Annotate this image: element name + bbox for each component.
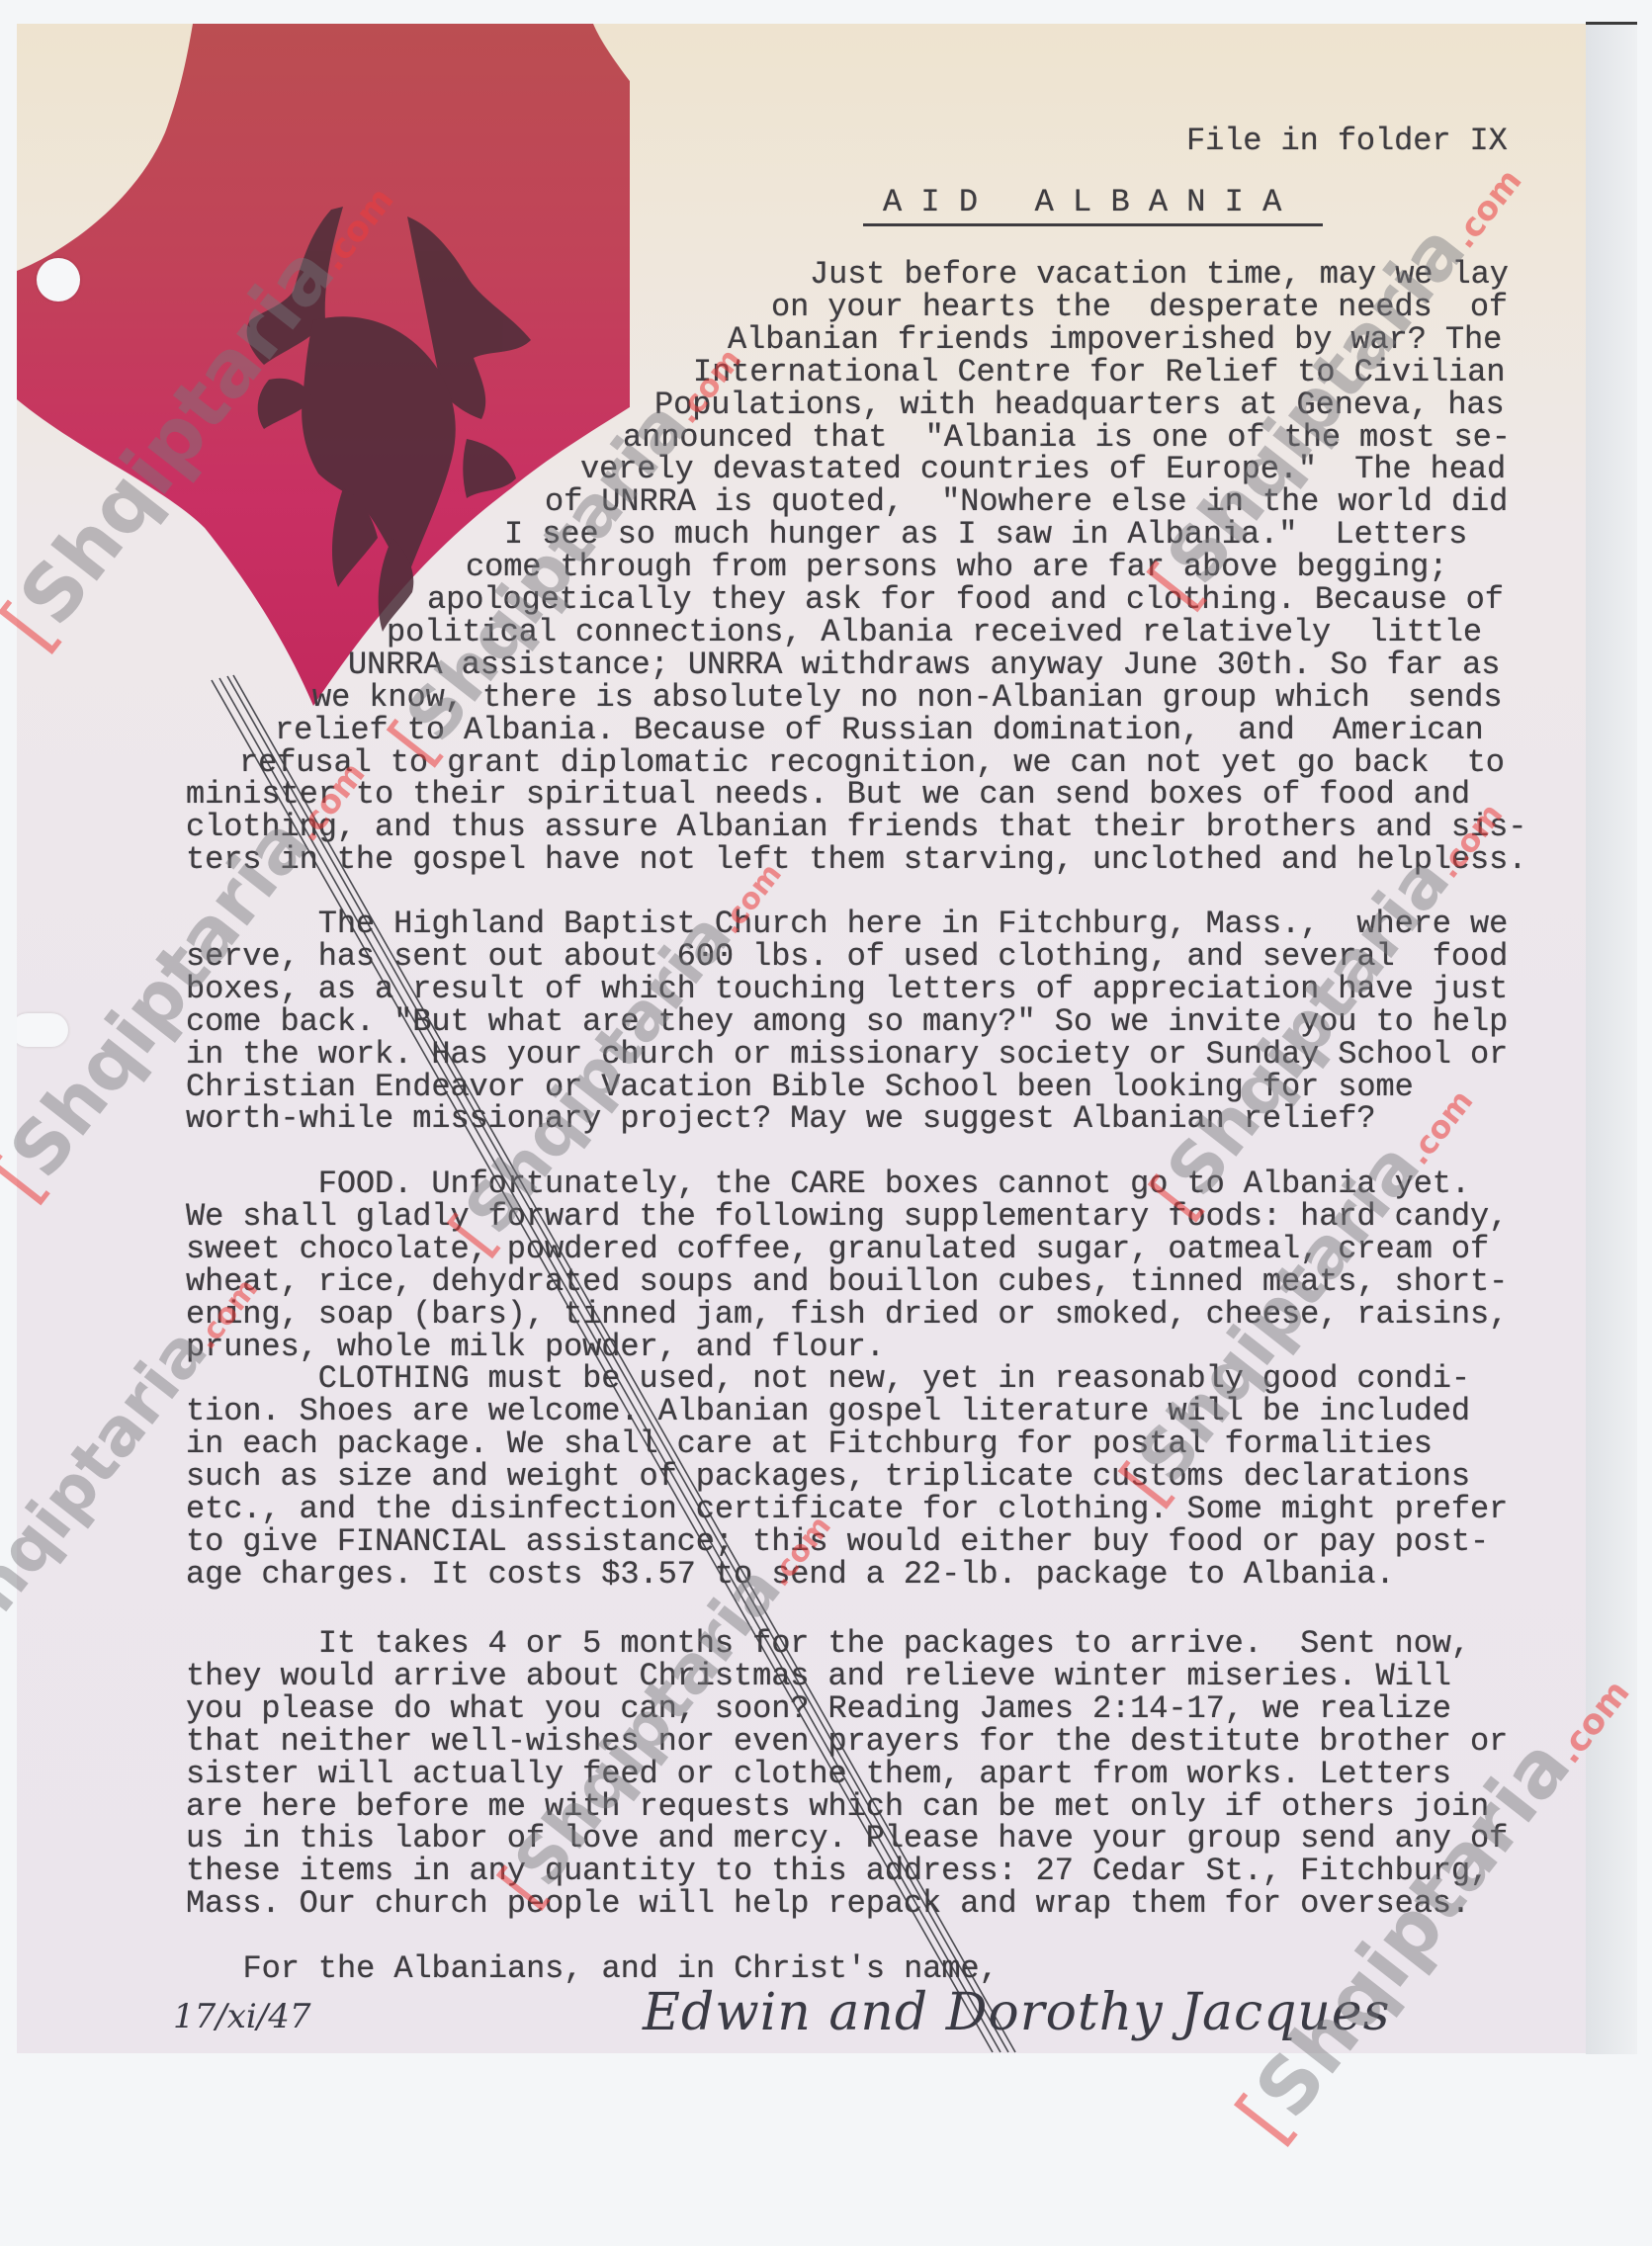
letter-line: announced that "Albania is one of the mo…: [623, 422, 1511, 454]
closing-line: For the Albanians, and in Christ's name,: [148, 1953, 999, 1985]
letter-line: come through from persons who are far ab…: [466, 552, 1447, 583]
letter-line: etc., and the disinfection certificate f…: [186, 1494, 1508, 1525]
letter-line: apologetically they ask for food and clo…: [427, 584, 1504, 616]
letter-line: We shall gladly forward the following su…: [186, 1201, 1508, 1233]
letter-line: Mass. Our church people will help repack…: [186, 1888, 1470, 1920]
letter-line: UNRRA assistance; UNRRA withdraws anyway…: [348, 649, 1500, 681]
letter-line: us in this labor of love and mercy. Plea…: [186, 1823, 1508, 1855]
letter-line: serve, has sent out about 600 lbs. of us…: [186, 941, 1508, 973]
letter-line: FOOD. Unfortunately, the CARE boxes cann…: [186, 1168, 1470, 1200]
letter-line: ters in the gospel have not left them st…: [186, 844, 1526, 876]
watermark-bracket: [: [1221, 2079, 1310, 2157]
letter-line: come back. "But what are they among so m…: [186, 1006, 1508, 1038]
letter-line: CLOTHING must be used, not new, yet in r…: [186, 1363, 1470, 1395]
letter-line: ening, soap (bars), tinned jam, fish dri…: [186, 1299, 1508, 1331]
letter-line: sweet chocolate, powdered coffee, granul…: [186, 1234, 1489, 1265]
letter-line: such as size and weight of packages, tri…: [186, 1461, 1470, 1493]
letter-line: they would arrive about Christmas and re…: [186, 1661, 1451, 1692]
letter-line: International Centre for Relief to Civil…: [693, 357, 1505, 389]
letter-line: that neither well-wishes nor even prayer…: [186, 1726, 1508, 1758]
letter-line: Populations, with headquarters at Geneva…: [654, 389, 1505, 421]
letter-line: in each package. We shall care at Fitchb…: [186, 1428, 1433, 1460]
letter-line: minister to their spiritual needs. But w…: [186, 779, 1470, 811]
letter-line: verely devastated countries of Europe." …: [580, 454, 1506, 485]
letter-line: Albanian friends impoverished by war? Th…: [728, 324, 1502, 356]
letter-line: in the work. Has your church or missiona…: [186, 1039, 1508, 1071]
letter-line: of UNRRA is quoted, "Nowhere else in the…: [545, 486, 1508, 518]
letter-line: The Highland Baptist Church here in Fitc…: [186, 908, 1508, 940]
letter-line: Christian Endeavor or Vacation Bible Sch…: [186, 1072, 1414, 1103]
letter-line: we know, there is absolutely no non-Alba…: [312, 682, 1503, 714]
letter-line: Just before vacation time, may we lay: [810, 259, 1509, 291]
letter-line: wheat, rice, dehydrated soups and bouill…: [186, 1266, 1508, 1298]
handwritten-date: 17/xi/47: [173, 1997, 311, 2036]
letter-line: boxes, as a result of which touching let…: [186, 974, 1508, 1005]
letter-title: A I D A L B A N I A: [883, 187, 1281, 218]
scanner-edge: [1586, 22, 1637, 2054]
letter-line: prunes, whole milk powder, and flour.: [186, 1332, 885, 1363]
letter-line: worth-while missionary project? May we s…: [186, 1103, 1376, 1135]
signature: Edwin and Dorothy Jacques: [643, 1983, 1390, 2042]
letter-line: are here before me with requests which c…: [186, 1791, 1489, 1823]
title-underline: [863, 223, 1323, 226]
letter-line: relief to Albania. Because of Russian do…: [275, 715, 1484, 746]
letter-line: refusal to grant diplomatic recognition,…: [239, 747, 1505, 779]
letter-line: political connections, Albania received …: [387, 617, 1482, 648]
letter-line: tion. Shoes are welcome. Albanian gospel…: [186, 1396, 1470, 1427]
binder-hole: [37, 258, 80, 302]
letter-line: clothing, and thus assure Albanian frien…: [186, 812, 1526, 843]
binder-hole: [17, 1013, 68, 1047]
letter-line: on your hearts the desperate needs of: [771, 292, 1508, 323]
letter-line: I see so much hunger as I saw in Albania…: [504, 519, 1467, 551]
letter-line: sister will actually feed or clothe them…: [186, 1759, 1451, 1790]
letter-line: age charges. It costs $3.57 to send a 22…: [186, 1559, 1395, 1591]
letter-line: to give FINANCIAL assistance; this would…: [186, 1526, 1489, 1558]
letter-line: you please do what you can, soon? Readin…: [186, 1693, 1451, 1725]
letter-line: It takes 4 or 5 months for the packages …: [186, 1628, 1470, 1660]
letter-line: these items in any quantity to this addr…: [186, 1856, 1489, 1887]
folder-note: File in folder IX: [1186, 126, 1508, 157]
